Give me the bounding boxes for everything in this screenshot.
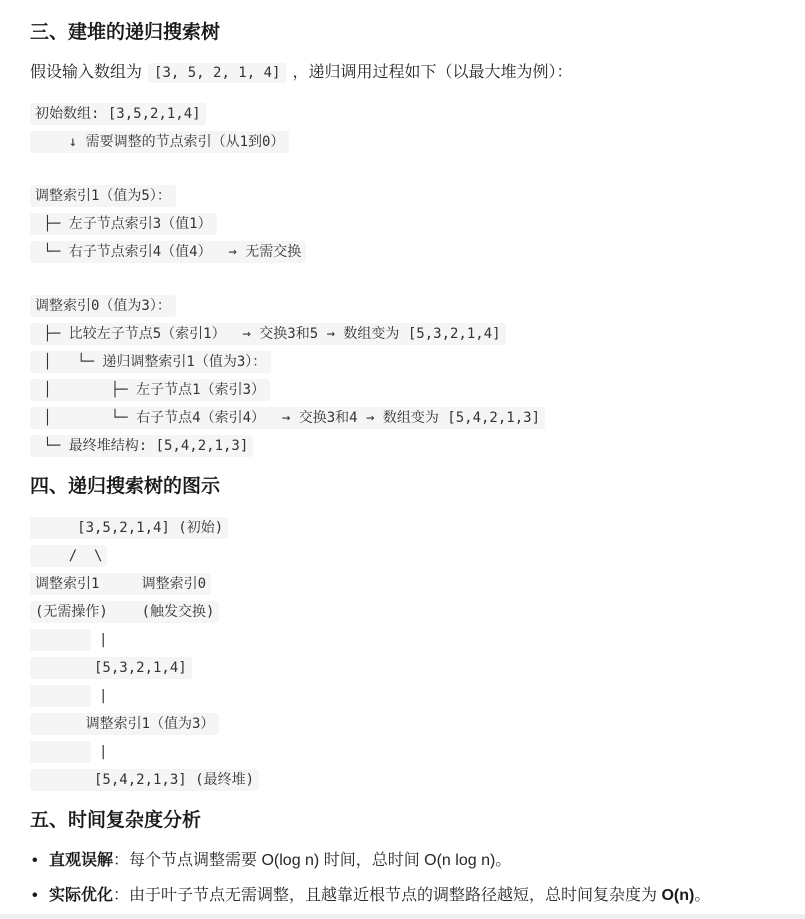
code-line: 调整索引1 调整索引0 — [30, 570, 775, 598]
code-block-adjust-index-0: 调整索引0（值为3）： ├─ 比较左子节点5（索引1） → 交换3和5 → 数组… — [30, 292, 775, 460]
code-span — [30, 685, 91, 707]
code-span: 调整索引1（值为5）： — [30, 185, 176, 207]
code-line: ├─ 左子节点索引3（值1） — [30, 210, 775, 238]
list-item: 直观误解：每个节点调整需要 O(log n) 时间，总时间 O(n log n)… — [30, 848, 775, 874]
list-item: 实际优化：由于叶子节点无需调整，且越靠近根节点的调整路径越短，总时间复杂度为 O… — [30, 883, 775, 909]
text-segment: ：由于叶子节点无需调整，且越靠近根节点的调整路径越短，总时间复杂度为 — [113, 887, 661, 904]
code-span: ↓ 需要调整的节点索引（从1到0） — [30, 131, 289, 153]
code-line: ↓ 需要调整的节点索引（从1到0） — [30, 128, 775, 156]
code-line: 调整索引0（值为3）： — [30, 292, 775, 320]
code-line: ├─ 比较左子节点5（索引1） → 交换3和5 → 数组变为 [5,3,2,1,… — [30, 320, 775, 348]
code-span: │ ├─ 左子节点1（索引3） — [30, 379, 270, 401]
code-line: [5,4,2,1,3] (最终堆) — [30, 766, 775, 794]
code-line: | — [30, 626, 775, 654]
bottom-edge-strip — [0, 914, 805, 919]
intro-paragraph: 假设输入数组为[3, 5, 2, 1, 4]，递归调用过程如下（以最大堆为例）： — [30, 60, 775, 86]
code-span: [5,3,2,1,4] — [30, 657, 192, 679]
complexity-analysis-list: 直观误解：每个节点调整需要 O(log n) 时间，总时间 O(n log n)… — [30, 848, 775, 909]
code-span: / \ — [30, 545, 107, 567]
code-span: 初始数组: [3,5,2,1,4] — [30, 103, 206, 125]
code-block-adjust-index-1: 调整索引1（值为5）： ├─ 左子节点索引3（值1） └─ 右子节点索引4（值4… — [30, 182, 775, 266]
text-segment: ，递归调用过程如下（以最大堆为例）： — [292, 64, 572, 81]
code-line: (无需操作) (触发交换) — [30, 598, 775, 626]
inline-code: [3, 5, 2, 1, 4] — [148, 63, 286, 83]
section-heading-3: 三、建堆的递归搜索树 — [30, 20, 775, 46]
code-tail: | — [91, 632, 108, 648]
section-heading-4: 四、递归搜索树的图示 — [30, 474, 775, 500]
code-span: 调整索引1（值为3） — [30, 713, 219, 735]
code-line: [3,5,2,1,4] (初始) — [30, 514, 775, 542]
code-line: | — [30, 682, 775, 710]
code-span: (无需操作) (触发交换) — [30, 601, 219, 623]
tree-diagram: [3,5,2,1,4] (初始) / \调整索引1 调整索引0(无需操作) (触… — [30, 514, 775, 794]
code-span — [30, 629, 91, 651]
code-span: └─ 右子节点索引4（值4） → 无需交换 — [30, 241, 306, 263]
code-span — [30, 741, 91, 763]
text-segment: ：每个节点调整需要 O(log n) 时间，总时间 O(n log n)。 — [113, 852, 511, 869]
code-span: 调整索引1 调整索引0 — [30, 573, 211, 595]
code-tail: | — [91, 688, 108, 704]
code-span: ├─ 比较左子节点5（索引1） → 交换3和5 → 数组变为 [5,3,2,1,… — [30, 323, 506, 345]
code-line: │ └─ 右子节点4（索引4） → 交换3和4 → 数组变为 [5,4,2,1,… — [30, 404, 775, 432]
code-span: │ └─ 递归调整索引1（值为3）： — [30, 351, 271, 373]
code-line: / \ — [30, 542, 775, 570]
code-span: └─ 最终堆结构: [5,4,2,1,3] — [30, 435, 253, 457]
content: 三、建堆的递归搜索树假设输入数组为[3, 5, 2, 1, 4]，递归调用过程如… — [0, 0, 805, 909]
bold-text: O(n) — [661, 887, 694, 904]
code-line: └─ 最终堆结构: [5,4,2,1,3] — [30, 432, 775, 460]
code-line: │ ├─ 左子节点1（索引3） — [30, 376, 775, 404]
code-line: 调整索引1（值为3） — [30, 710, 775, 738]
page: { "page": { "background": "#ffffff", "co… — [0, 0, 805, 919]
text-segment: 假设输入数组为 — [30, 64, 142, 81]
code-line: | — [30, 738, 775, 766]
code-span: ├─ 左子节点索引3（值1） — [30, 213, 217, 235]
text-segment: 。 — [694, 887, 710, 904]
code-span: [5,4,2,1,3] (最终堆) — [30, 769, 259, 791]
bold-text: 实际优化 — [49, 887, 113, 904]
code-span: 调整索引0（值为3）： — [30, 295, 176, 317]
code-line: 调整索引1（值为5）： — [30, 182, 775, 210]
code-tail: | — [91, 744, 108, 760]
bold-text: 直观误解 — [49, 852, 113, 869]
code-block-initial-array: 初始数组: [3,5,2,1,4] ↓ 需要调整的节点索引（从1到0） — [30, 100, 775, 156]
section-heading-5: 五、时间复杂度分析 — [30, 808, 775, 834]
code-line: │ └─ 递归调整索引1（值为3）： — [30, 348, 775, 376]
code-line: 初始数组: [3,5,2,1,4] — [30, 100, 775, 128]
code-line: └─ 右子节点索引4（值4） → 无需交换 — [30, 238, 775, 266]
code-line: [5,3,2,1,4] — [30, 654, 775, 682]
code-span: [3,5,2,1,4] (初始) — [30, 517, 228, 539]
code-span: │ └─ 右子节点4（索引4） → 交换3和4 → 数组变为 [5,4,2,1,… — [30, 407, 545, 429]
